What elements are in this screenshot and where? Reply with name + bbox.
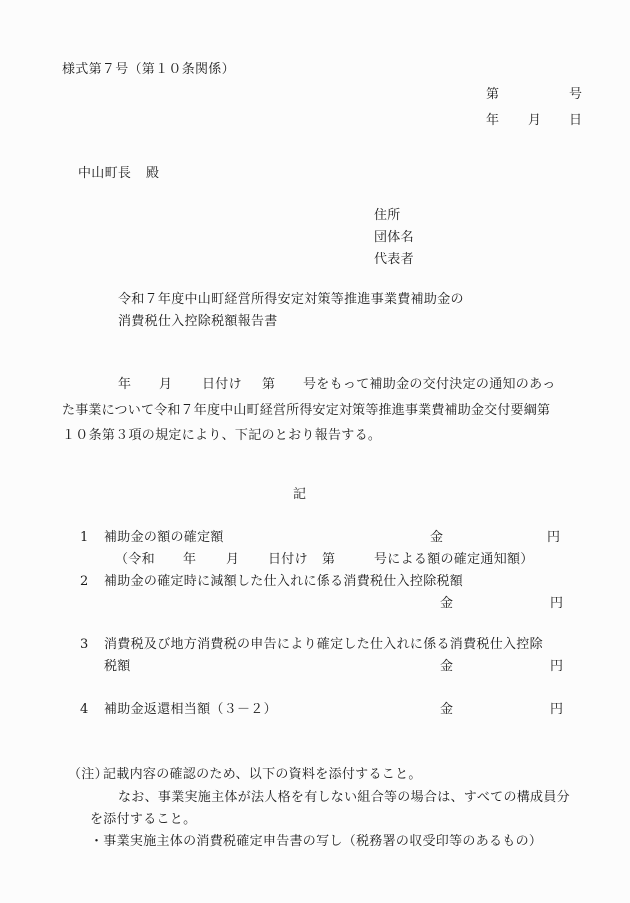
sub-day: 日付け (268, 553, 308, 566)
notes-line-3: を添付すること。 (90, 813, 196, 826)
body-dai: 第 (262, 378, 275, 391)
notes-bullet: ・事業実施主体の消費税確定申告書の写し（税務署の収受印等のあるもの） (90, 835, 542, 848)
item-kin: 金 (430, 531, 443, 544)
date-year: 年 (486, 114, 499, 127)
date-day: 日 (569, 114, 582, 127)
address-label: 住所 (374, 209, 401, 222)
item-number: 1 (80, 531, 89, 544)
form-label: 様式第７号（第１０条関係） (62, 63, 235, 76)
representative-label: 代表者 (374, 253, 414, 266)
date-month: 月 (528, 114, 541, 127)
title-line-2: 消費税仕入控除税額報告書 (118, 315, 278, 328)
item-yen: 円 (550, 597, 563, 610)
item-label: 補助金の確定時に減額した仕入れに係る消費税仕入控除税額 (104, 575, 463, 588)
item-yen: 円 (547, 531, 560, 544)
body-year: 年 (118, 378, 131, 391)
item-label: 補助金返還相当額（３－２） (104, 703, 277, 716)
body-month: 月 (159, 378, 172, 391)
sub-dai: 第 (322, 553, 335, 566)
item-yen: 円 (550, 703, 563, 716)
sub-month: 月 (226, 553, 239, 566)
title-line-1: 令和７年度中山町経営所得安定対策等推進事業費補助金の (118, 293, 464, 306)
organization-label: 団体名 (374, 231, 414, 244)
notes-head: （注） (68, 768, 108, 781)
item-number: 4 (80, 703, 89, 716)
item-kin: 金 (440, 660, 453, 673)
item-label: 消費税及び地方消費税の申告により確定した仕入れに係る消費税仕入控除 (104, 638, 543, 651)
item-number: 3 (80, 638, 89, 651)
sub-year: 年 (183, 553, 196, 566)
item-number: 2 (80, 575, 89, 588)
doc-number-dai: 第 (486, 88, 499, 101)
body-line-3: １０条第３項の規定により、下記のとおり報告する。 (62, 429, 381, 442)
item-yen: 円 (550, 660, 563, 673)
item-label: 補助金の額の確定額 (104, 531, 224, 544)
body-line-1-rest: 号をもって補助金の交付決定の通知のあっ (303, 378, 556, 391)
sub-rest: 号による額の確定通知額） (374, 553, 534, 566)
item-kin: 金 (440, 597, 453, 610)
ki-heading: 記 (293, 488, 306, 501)
addressee-honorific: 殿 (146, 167, 159, 180)
notes-line-1: 記載内容の確認のため、以下の資料を添付すること。 (103, 768, 422, 781)
doc-number-go: 号 (569, 88, 582, 101)
item-label-continued: 税額 (104, 660, 131, 673)
notes-line-2: なお、事業実施主体が法人格を有しない組合等の場合は、すべての構成員分 (118, 791, 570, 804)
item-kin: 金 (440, 703, 453, 716)
addressee-name: 中山町長 (78, 167, 131, 180)
body-line-2: た事業について令和７年度中山町経営所得安定対策等推進事業費補助金交付要綱第 (62, 404, 550, 417)
body-day: 日付け (202, 378, 242, 391)
sub-open: （令和 (115, 553, 155, 566)
